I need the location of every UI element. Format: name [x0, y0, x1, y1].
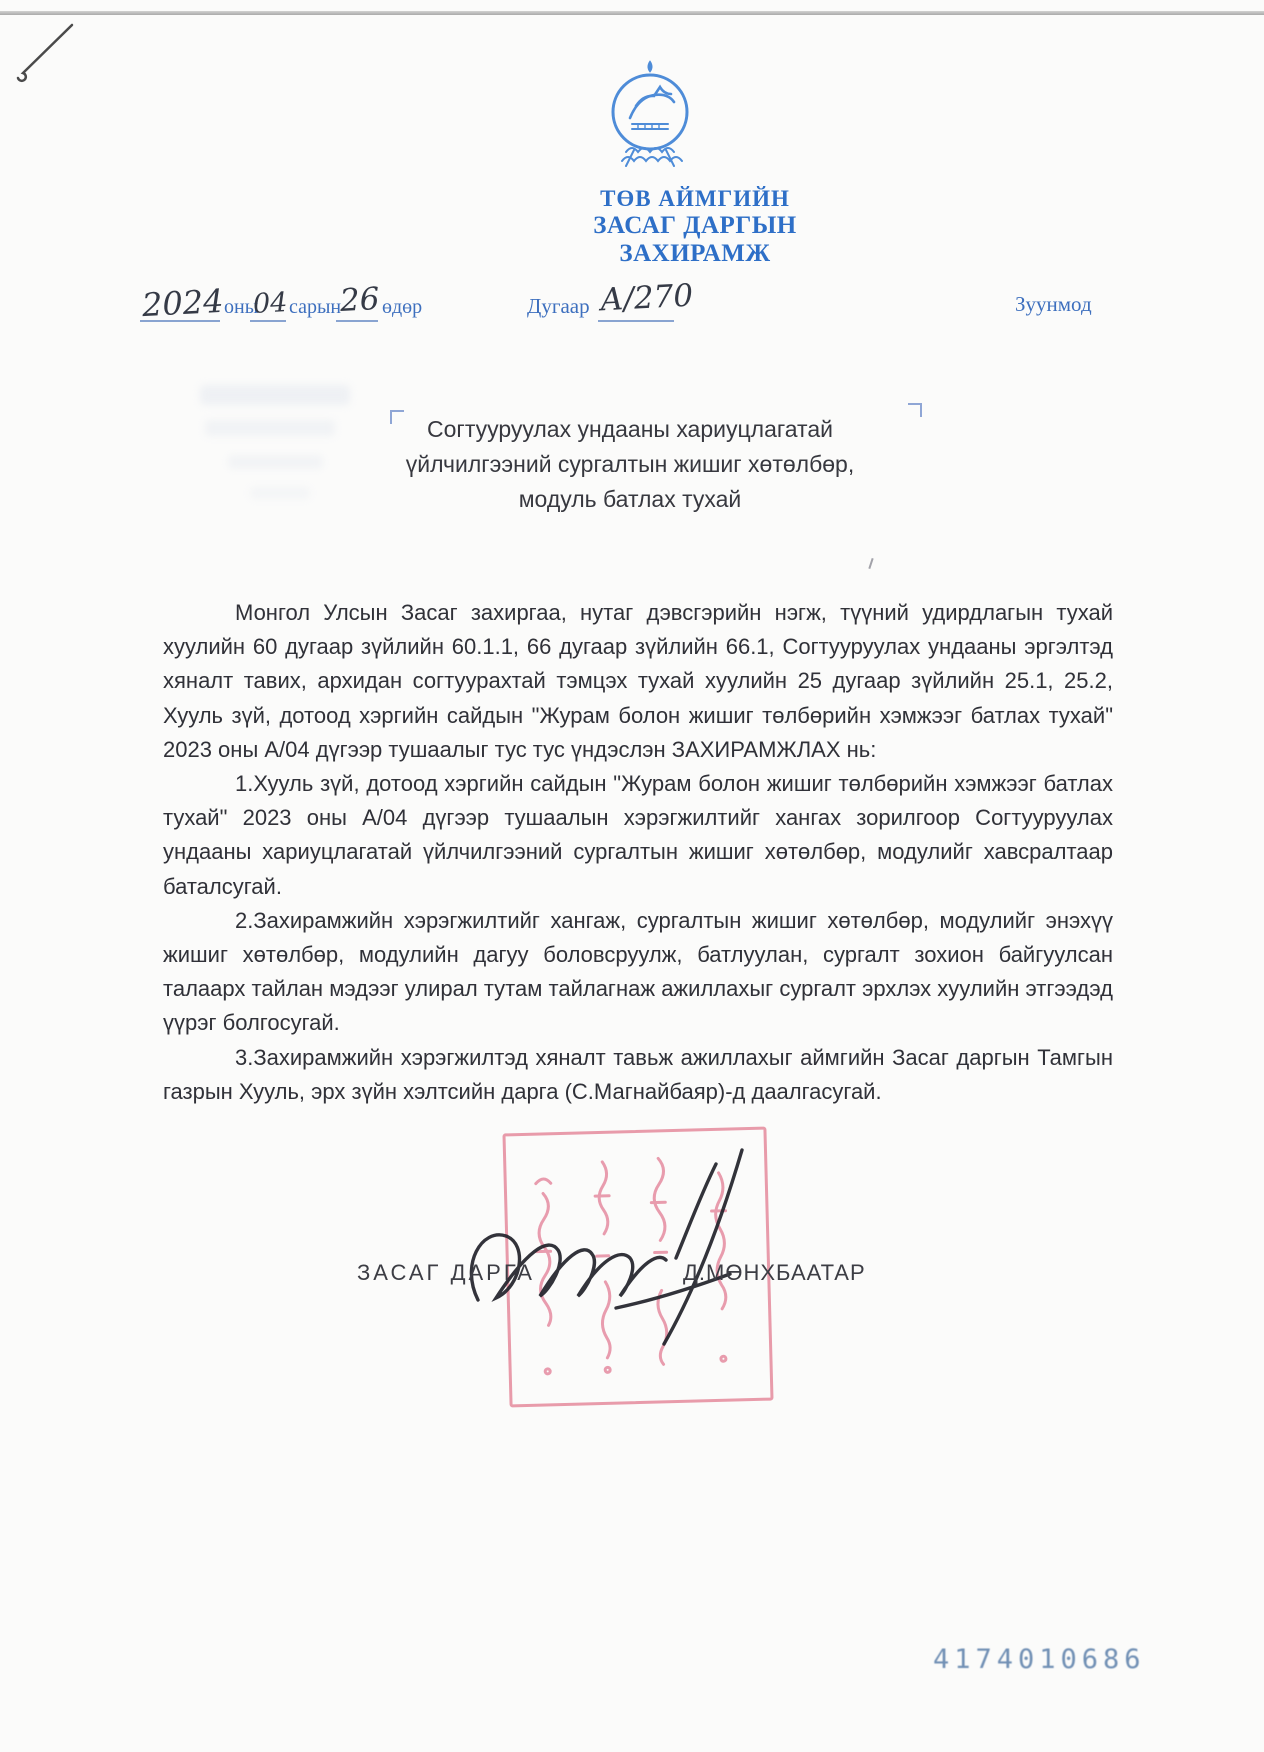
- bleed-through-smudge: [205, 420, 335, 436]
- stray-pen-tick: [868, 558, 873, 569]
- document-title-line3: модуль батлах тухай: [360, 482, 900, 517]
- paragraph-item-3: 3.Захирамжийн хэрэгжилтэд хяналт тавьж а…: [163, 1041, 1113, 1109]
- paragraph-item-1: 1.Хууль зүй, дотоод хэргийн сайдын "Жура…: [163, 767, 1113, 904]
- bleed-through-smudge: [250, 487, 310, 499]
- date-year-handwritten: 2024: [141, 282, 224, 324]
- paragraph-preamble: Монгол Улсын Засаг захиргаа, нутаг дэвсг…: [163, 596, 1113, 767]
- underline: [250, 320, 286, 322]
- handwritten-signature-icon: [430, 1128, 790, 1368]
- signer-role-label: ЗАСАГ ДАРГА: [357, 1260, 535, 1286]
- scanned-decree-page: ТӨВ АЙМГИЙН ЗАСАГ ДАРГЫН ЗАХИРАМЖ 2024 о…: [0, 0, 1264, 1752]
- doc-number-label: Дугаар: [527, 294, 590, 319]
- decree-body: Монгол Улсын Засаг захиргаа, нутаг дэвсг…: [163, 596, 1113, 1109]
- layout-corner-mark-right: [908, 403, 922, 417]
- registry-number-stamp: 4174010686: [933, 1644, 1146, 1675]
- signer-name: Д.МӨНХБААТАР: [683, 1260, 866, 1286]
- date-day-handwritten: 26: [339, 281, 380, 319]
- date-month-label: сарын: [289, 296, 341, 319]
- document-title: Согтууруулах ундааны хариуцлагатай үйлчи…: [360, 412, 900, 517]
- city-name: Зуунмод: [1015, 292, 1092, 317]
- paragraph-item-2: 2.Захирамжийн хэрэгжилтийг хангаж, сурга…: [163, 904, 1113, 1041]
- document-title-line1: Согтууруулах ундааны хариуцлагатай: [360, 412, 900, 447]
- underline: [140, 320, 220, 322]
- underline: [336, 320, 378, 322]
- date-day-label: өдөр: [382, 296, 422, 319]
- bleed-through-smudge: [228, 455, 323, 469]
- org-name-line1: ТӨВ АЙМГИЙН: [530, 186, 860, 212]
- doc-number-handwritten: А/270: [599, 278, 694, 319]
- document-title-line2: үйлчилгээний сургалтын жишиг хөтөлбөр,: [360, 447, 900, 482]
- scan-edge-line: [0, 11, 1264, 15]
- org-name-line2: ЗАСАГ ДАРГЫН ЗАХИРАМЖ: [520, 212, 870, 268]
- bleed-through-smudge: [200, 385, 350, 405]
- pen-fold-mark: [8, 16, 88, 86]
- date-month-handwritten: 04: [252, 287, 288, 320]
- underline: [598, 320, 674, 322]
- mongolia-state-emblem-icon: [604, 58, 696, 170]
